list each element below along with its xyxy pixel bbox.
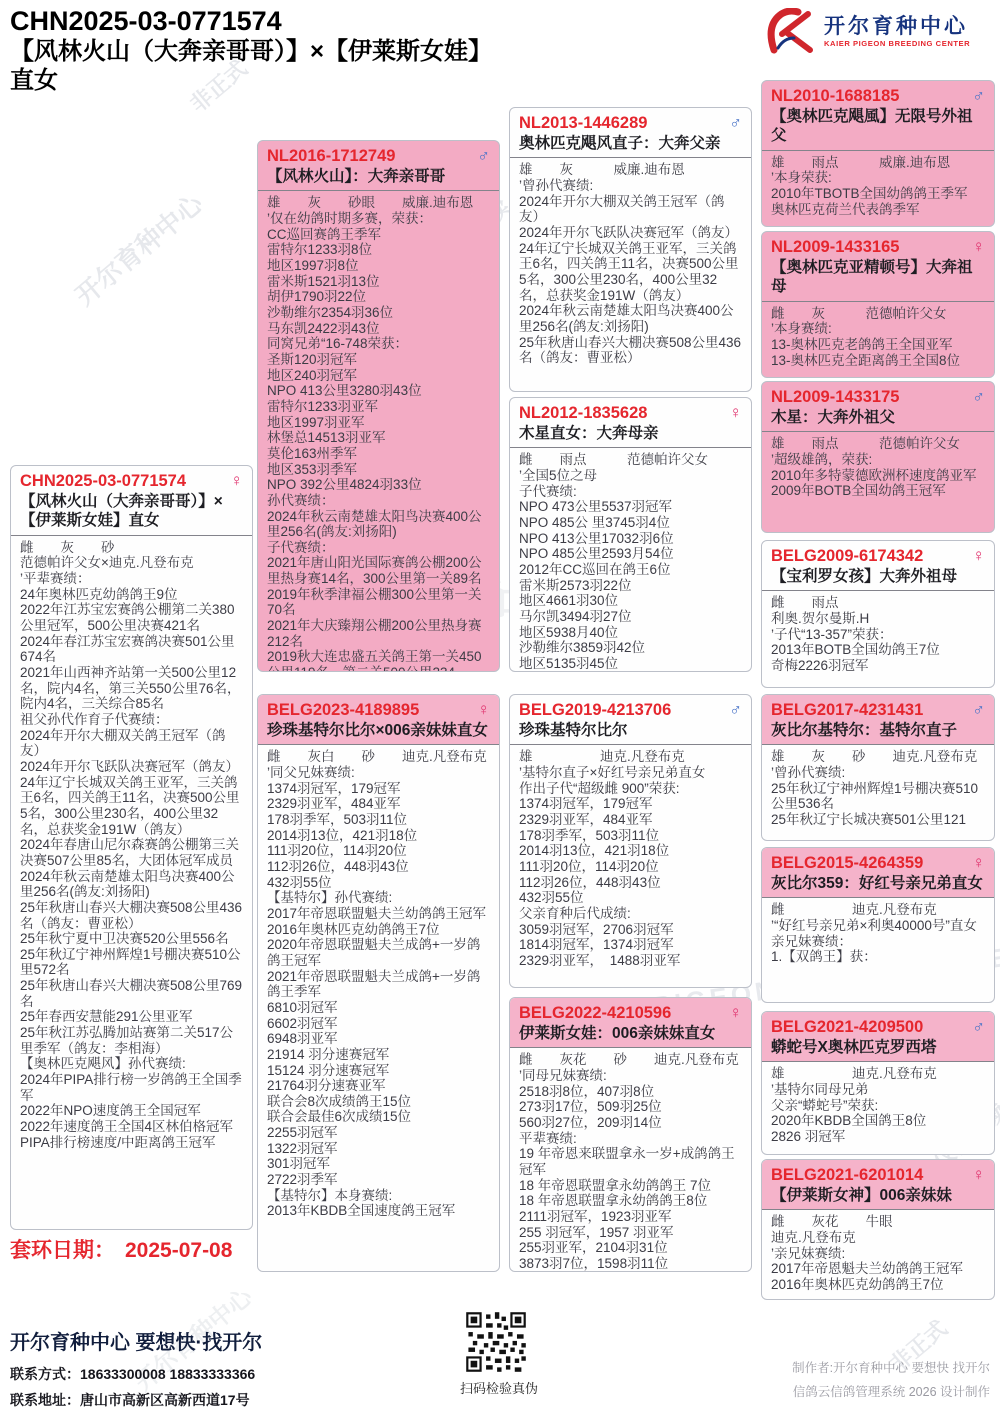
female-icon: ♀ bbox=[729, 1003, 742, 1023]
pedigree-line: 6602羽冠军 bbox=[267, 1016, 490, 1032]
pedigree-line: ’基特尔直子×好红号亲兄弟直女 bbox=[519, 765, 742, 781]
pedigree-body: 雌 灰 砂范德帕许父女×迪克.凡登布克’平辈赛绩：24年奥林匹克幼鸽鸽王9位20… bbox=[11, 535, 252, 1157]
pedigree-line: 子代赛绩： bbox=[267, 540, 490, 556]
pedigree-body: 雌 雨点利奥.贺尔曼斯.H’子代“13-357”荣获：2013年BOTB全国幼鸽… bbox=[762, 590, 994, 679]
pedigree-title: 【风林火山】：大奔亲哥哥 bbox=[267, 167, 490, 186]
pedigree-title: 奥林匹克飓风直子：大奔父亲 bbox=[519, 134, 742, 153]
pedigree-line: 利奥.贺尔曼斯.H bbox=[771, 611, 985, 627]
pedigree-box-belg2019: BELG2019-4213706 ♂ 珍珠基特尔比尔 雄 迪克.凡登布克’基特尔… bbox=[509, 694, 752, 988]
pedigree-box-belg2023: BELG2023-4189895 ♀ 珍珠基特尔比尔×006亲妹妹直女 雌 灰白… bbox=[257, 694, 500, 1272]
pedigree-line: 2024年开尔大棚双关鸽王冠军（鸽友） bbox=[20, 728, 243, 759]
pedigree-line: 林堡总14513羽亚军 bbox=[267, 430, 490, 446]
pedigree-line: 2009年BOTB全国幼鸽王冠军 bbox=[771, 483, 985, 499]
pedigree-box-header: CHN2025-03-0771574 ♀ 【风林火山（大奔亲哥哥）】×【伊莱斯女… bbox=[11, 466, 252, 535]
pedigree-line: 【基特尔】孙代赛绩: bbox=[267, 890, 490, 906]
ring-number: BELG2021-4209500 bbox=[771, 1018, 923, 1037]
pedigree-title: 【宝利罗女孩】大奔外祖母 bbox=[771, 567, 985, 586]
pedigree-line: 2024年开尔飞跃队决赛冠军（鸽友） bbox=[20, 759, 243, 775]
ring-number: NL2009-1433165 bbox=[771, 238, 899, 257]
pedigree-line: 雄 迪克.凡登布克 bbox=[519, 749, 742, 765]
ring-number: BELG2017-4231431 bbox=[771, 701, 923, 720]
pedigree-line: 24年辽宁长城双关鸽王亚军，三关鸽王6名，四关鸽王11名，决赛500公里5名，3… bbox=[519, 241, 742, 304]
pedigree-line: 25年秋唐山春兴大棚决赛508公里769名 bbox=[20, 978, 243, 1009]
footer-contact: 联系方式：18633300008 18833333366 bbox=[10, 1364, 255, 1384]
pedigree-line: 2024年秋云南楚雄太阳鸟决赛400公里256名(鸽友:刘扬阳) bbox=[519, 303, 742, 334]
pedigree-body: 雌 灰 范德帕许父女’本身赛绩:13-奥林匹克老鸽鸽王全国亚军13-奥林匹克全距… bbox=[762, 301, 994, 375]
pedigree-line: 255 羽冠军，1957 羽亚军 bbox=[519, 1225, 742, 1241]
footer-slogan: 开尔育种中心 要想快·找开尔 bbox=[10, 1326, 262, 1355]
pedigree-line: 2024年春江苏宝宏赛鸽决赛501公里674名 bbox=[20, 634, 243, 665]
pedigree-line: 25年秋辽宁长城决赛501公里121 bbox=[771, 812, 985, 828]
pedigree-line: NPO 473公里5537羽冠军 bbox=[519, 499, 742, 515]
ring-date: 套环日期：2025-07-08 bbox=[10, 1234, 232, 1264]
pedigree-line: 25年秋辽宁神州辉煌1号棚决赛510公里572名 bbox=[20, 947, 243, 978]
pedigree-line: 2518羽8位，407羽8位 bbox=[519, 1084, 742, 1100]
pedigree-line: NPO 485公 里3745羽4位 bbox=[519, 515, 742, 531]
pedigree-title: 【奥林匹克飓風】无限号外祖父 bbox=[771, 107, 985, 146]
pedigree-line: 560羽27位，209羽14位 bbox=[519, 1115, 742, 1131]
pedigree-box-header: BELG2017-4231431 ♂ 灰比尔基特尔：基特尔直子 bbox=[762, 695, 994, 744]
female-icon: ♀ bbox=[972, 237, 985, 257]
pedigree-line: 2021年大庆臻翔公棚200公里热身赛212名 bbox=[267, 618, 490, 649]
pedigree-line: 112羽26位，448羽43位 bbox=[267, 859, 490, 875]
pedigree-line: 父亲育种后代成绩: bbox=[519, 906, 742, 922]
male-icon: ♂ bbox=[972, 86, 985, 106]
pedigree-line: 雄 灰 砂 迪克.凡登布克 bbox=[771, 749, 985, 765]
pedigree-line: 联合会8次成绩鸽王15位 bbox=[267, 1094, 490, 1110]
pedigree-line: PIPA排行榜速度/中距离鸽王冠军 bbox=[20, 1135, 243, 1151]
pedigree-line: 1322羽冠军 bbox=[267, 1141, 490, 1157]
pedigree-body: 雄 灰 威廉.迪布恩’曾孙代赛绩:2024年开尔大棚双关鸽王冠军（鸽友）2024… bbox=[510, 157, 751, 372]
pedigree-line: ’曾孙代赛绩: bbox=[519, 178, 742, 194]
pedigree-line: 2021年帝恩联盟魁夫兰成鸽+一岁鸽鸽王季军 bbox=[267, 969, 490, 1000]
pedigree-line: 111羽20位，114羽20位 bbox=[519, 859, 742, 875]
pedigree-line: 父亲“蟒蛇号”荣获: bbox=[771, 1098, 985, 1114]
pedigree-line: 13-奥林匹克老鸽鸽王全国亚军 bbox=[771, 337, 985, 353]
female-icon: ♀ bbox=[477, 700, 490, 720]
brand-name-cn: 开尔育种中心 bbox=[824, 14, 970, 39]
pedigree-line: 2024年开尔飞跃队决赛冠军（鸽友） bbox=[519, 225, 742, 241]
pedigree-box-belg2015: BELG2015-4264359 ♀ 灰比尔359：好红号亲兄弟直女 雌 迪克.… bbox=[761, 847, 995, 1003]
pedigree-line: 1374羽冠军，179冠军 bbox=[519, 796, 742, 812]
ring-number: NL2010-1688185 bbox=[771, 87, 899, 106]
pedigree-line: 24年辽宁长城双关鸽王亚军，三关鸽王6名，四关鸽王11名，决赛500公里5名，3… bbox=[20, 775, 243, 838]
pedigree-body: 雄 灰 砂 迪克.凡登布克’曾孙代赛绩:25年秋辽宁神州辉煌1号棚决赛510公里… bbox=[762, 744, 994, 833]
pedigree-line: 地区5938月40位 bbox=[519, 625, 742, 641]
pedigree-line: 2019秋大连忠盛五关鸽王第一关450公里119名，第二关500公里234 bbox=[267, 649, 490, 672]
male-icon: ♂ bbox=[729, 700, 742, 720]
pedigree-line: 地区5135羽45位 bbox=[519, 656, 742, 672]
pedigree-line: 178羽季军，503羽11位 bbox=[519, 828, 742, 844]
ring-number: NL2016-1712749 bbox=[267, 147, 395, 166]
pedigree-line: 雌 灰白 砂 迪克.凡登布克 bbox=[267, 749, 490, 765]
pedigree-line: NPO 485公里2593月54位 bbox=[519, 546, 742, 562]
pedigree-line: ’仅在幼鸽时期多赛，荣获： bbox=[267, 211, 490, 227]
pedigree-line: 2021年唐山阳光国际赛鸽公棚200公里热身赛14名，300公里第一关89名 bbox=[267, 555, 490, 586]
pedigree-body: 雄 雨点 威廉.迪布恩’本身荣获:2010年TBOTB全国幼鸽鸽王季军奥林匹克荷… bbox=[762, 150, 994, 224]
pedigree-line: 21764羽分速赛亚军 bbox=[267, 1078, 490, 1094]
pedigree-line: 3873羽7位，1598羽11位 bbox=[519, 1256, 742, 1272]
qr-code-block: 扫码检验真伪 bbox=[460, 1310, 532, 1397]
pedigree-line: 3059羽冠军，2706羽冠军 bbox=[519, 922, 742, 938]
pedigree-line: 2010年多特蒙德欧洲杯速度鸽亚军 bbox=[771, 468, 985, 484]
pedigree-line: 25年秋江苏弘腾加站赛第二关517公里季军（鸽友：李相海） bbox=[20, 1025, 243, 1056]
pedigree-line: 432羽55位 bbox=[519, 890, 742, 906]
pedigree-box-header: BELG2009-6174342 ♀ 【宝利罗女孩】大奔外祖母 bbox=[762, 541, 994, 590]
pedigree-line: 雄 灰 砂眼 威廉.迪布恩 bbox=[267, 195, 490, 211]
page-title: 【风林火山（大奔亲哥哥）】×【伊莱斯女娃】直女 bbox=[10, 37, 510, 96]
pedigree-line: 孙代赛绩： bbox=[267, 493, 490, 509]
pedigree-line: 2020年帝恩联盟魁夫兰成鸽+一岁鸽鸽王冠军 bbox=[267, 937, 490, 968]
footer-address: 联系地址：唐山市高新区高新西道17号 bbox=[10, 1390, 250, 1410]
watermark-text: 开尔育种中心 bbox=[66, 184, 209, 313]
pedigree-line: 马尔凯3494羽27位 bbox=[519, 609, 742, 625]
pedigree-line: 范德帕许父女×迪克.凡登布克 bbox=[20, 555, 243, 571]
pedigree-box-header: BELG2015-4264359 ♀ 灰比尔359：好红号亲兄弟直女 bbox=[762, 848, 994, 897]
pedigree-line: 255羽亚军，2104羽31位 bbox=[519, 1240, 742, 1256]
pedigree-line: ’全国5位之母 bbox=[519, 468, 742, 484]
pedigree-line: 24年奥林匹克幼鸽鸽王9位 bbox=[20, 587, 243, 603]
pedigree-title: 【伊莱斯女神】006亲妹妹 bbox=[771, 1186, 985, 1205]
pedigree-line: 2022年NPO速度鸽王全国冠军 bbox=[20, 1103, 243, 1119]
pedigree-line: 13-奥林匹克全距离鸽王全国8位 bbox=[771, 353, 985, 369]
pedigree-line: 18 年帝恩联盟拿永幼鸽鸽王8位 bbox=[519, 1193, 742, 1209]
pedigree-line: 雌 灰 范德帕许父女 bbox=[771, 306, 985, 322]
pedigree-line: 雌 迪克.凡登布克 bbox=[771, 902, 985, 918]
pedigree-line: 2014羽13位，421羽18位 bbox=[519, 843, 742, 859]
qr-caption: 扫码检验真伪 bbox=[460, 1378, 532, 1397]
pedigree-line: 雌 灰花 牛眼 bbox=[771, 1214, 985, 1230]
pedigree-line: NPO 392公里4824羽33位 bbox=[267, 477, 490, 493]
pedigree-box-nl2016: NL2016-1712749 ♂ 【风林火山】：大奔亲哥哥 雄 灰 砂眼 威廉.… bbox=[257, 140, 500, 672]
pedigree-line: 6810羽冠军 bbox=[267, 1000, 490, 1016]
ring-date-label: 套环日期： bbox=[10, 1239, 115, 1262]
pedigree-box-main: CHN2025-03-0771574 ♀ 【风林火山（大奔亲哥哥）】×【伊莱斯女… bbox=[10, 465, 253, 1230]
pedigree-box-belg2017: BELG2017-4231431 ♂ 灰比尔基特尔：基特尔直子 雄 灰 砂 迪克… bbox=[761, 694, 995, 841]
pedigree-line: 祖父孙代作育子代赛绩： bbox=[20, 712, 243, 728]
pedigree-line: 2024年秋云南楚雄太阳鸟决赛400公里256名(鸽友:刘扬阳) bbox=[20, 869, 243, 900]
pedigree-body: 雌 雨点 范德帕许父女’全国5位之母子代赛绩:NPO 473公里5537羽冠军N… bbox=[510, 447, 751, 672]
pedigree-line: 2111羽冠军，1923羽亚军 bbox=[519, 1209, 742, 1225]
pedigree-line: 25年秋唐山春兴大棚决赛508公里436名（鸽友：曹亚松） bbox=[519, 335, 742, 366]
pedigree-line: 112羽26位，448羽43位 bbox=[519, 875, 742, 891]
pedigree-box-belg2021b: BELG2021-6201014 ♀ 【伊莱斯女神】006亲妹妹 雌 灰花 牛眼… bbox=[761, 1159, 995, 1300]
pedigree-body: 雄 迪克.凡登布克’基特尔同母兄弟父亲“蟒蛇号”荣获:2020年KBDB全国鸽王… bbox=[762, 1061, 994, 1150]
pedigree-line: 平辈赛绩: bbox=[519, 1131, 742, 1147]
pedigree-box-belg2009: BELG2009-6174342 ♀ 【宝利罗女孩】大奔外祖母 雌 雨点利奥.贺… bbox=[761, 540, 995, 688]
pedigree-title: 【奥林匹克亚精顿号】大奔祖母 bbox=[771, 258, 985, 297]
pedigree-line: 2019年秋季津福公棚300公里第一关70名 bbox=[267, 587, 490, 618]
pedigree-line: 联合会最佳6次成绩15位 bbox=[267, 1109, 490, 1125]
pedigree-box-header: BELG2019-4213706 ♂ 珍珠基特尔比尔 bbox=[510, 695, 751, 744]
pedigree-line: 沙勒维尔3859羽42位 bbox=[519, 640, 742, 656]
pedigree-line: 地区240羽冠军 bbox=[267, 368, 490, 384]
pedigree-line: 雄 雨点 威廉.迪布恩 bbox=[771, 155, 985, 171]
pedigree-line: CC巡回赛鸽王季军 bbox=[267, 227, 490, 243]
pedigree-line: ’同母兄妹赛绩: bbox=[519, 1068, 742, 1084]
pedigree-box-header: BELG2023-4189895 ♀ 珍珠基特尔比尔×006亲妹妹直女 bbox=[258, 695, 499, 744]
female-icon: ♀ bbox=[972, 546, 985, 566]
pedigree-line: 【奥林匹克飓风】孙代赛绩: bbox=[20, 1056, 243, 1072]
pedigree-line: ’基特尔同母兄弟 bbox=[771, 1082, 985, 1098]
pedigree-line: 2022年江苏宝宏赛鸽公棚第二关380公里冠军，500公里决赛421名 bbox=[20, 602, 243, 633]
pedigree-line: 地区1997羽亚军 bbox=[267, 415, 490, 431]
pedigree-line: 2012年CC巡回在鸽王6位 bbox=[519, 562, 742, 578]
pedigree-box-header: BELG2022-4210596 ♀ 伊莱斯女娃：006亲妹妹直女 bbox=[510, 998, 751, 1047]
pedigree-line: 25年春西安慧能291公里亚军 bbox=[20, 1009, 243, 1025]
pedigree-line: 2722羽季军 bbox=[267, 1172, 490, 1188]
pedigree-title: 珍珠基特尔比尔×006亲妹妹直女 bbox=[267, 721, 490, 740]
ring-date-value: 2025-07-08 bbox=[125, 1239, 232, 1262]
pedigree-line: 6948羽亚军 bbox=[267, 1031, 490, 1047]
main-ring-number: CHN2025-03-0771574 bbox=[10, 6, 510, 37]
pedigree-line: 2013年BOTB全国幼鸽王7位 bbox=[771, 642, 985, 658]
pedigree-line: 15124 羽分速赛冠军 bbox=[267, 1063, 490, 1079]
pedigree-box-belg2022: BELG2022-4210596 ♀ 伊莱斯女娃：006亲妹妹直女 雌 灰花 砂… bbox=[509, 997, 752, 1272]
pedigree-line: 雷米斯2573羽22位 bbox=[519, 578, 742, 594]
pedigree-line: 胡伊1790羽22位 bbox=[267, 289, 490, 305]
pedigree-line: 273羽17位，509羽25位 bbox=[519, 1099, 742, 1115]
pedigree-line: ’同父兄妹赛绩: bbox=[267, 765, 490, 781]
pedigree-box-header: BELG2021-6201014 ♀ 【伊莱斯女神】006亲妹妹 bbox=[762, 1160, 994, 1209]
pedigree-line: 2329羽亚军，484亚军 bbox=[267, 796, 490, 812]
pedigree-box-header: BELG2021-4209500 ♂ 蟒蛇号X奥林匹克罗西塔 bbox=[762, 1012, 994, 1061]
pedigree-title: 灰比尔359：好红号亲兄弟直女 bbox=[771, 874, 985, 893]
pedigree-line: 25年秋宁夏中卫决赛520公里556名 bbox=[20, 931, 243, 947]
pedigree-line: 地区4661羽30位 bbox=[519, 593, 742, 609]
qr-code bbox=[464, 1310, 528, 1374]
pedigree-body: 雌 灰白 砂 迪克.凡登布克’同父兄妹赛绩:1374羽冠军，179冠军2329羽… bbox=[258, 744, 499, 1225]
ring-number: BELG2021-6201014 bbox=[771, 1166, 923, 1185]
brand-name-en: KAIER PIGEON BREEDING CENTER bbox=[824, 39, 970, 48]
pedigree-title: 伊莱斯女娃：006亲妹妹直女 bbox=[519, 1024, 742, 1043]
female-icon: ♀ bbox=[972, 1165, 985, 1185]
footer-maker-line1: 制作者:开尔育种中心 要想快 找开尔 bbox=[792, 1358, 990, 1376]
pedigree-line: 1.【双鸽王】获： bbox=[771, 949, 985, 965]
pedigree-line: 111羽20位，114羽20位 bbox=[267, 843, 490, 859]
pedigree-line: 21914 羽分速赛冠军 bbox=[267, 1047, 490, 1063]
pedigree-box-header: NL2009-1433175 ♂ 木星：大奔外祖父 bbox=[762, 382, 994, 431]
pedigree-line: 地区1997羽8位 bbox=[267, 258, 490, 274]
pedigree-line: 同窝兄弟“16-748荣获： bbox=[267, 336, 490, 352]
pedigree-line: ’“好红号亲兄弟×利奥40000号”直女 bbox=[771, 918, 985, 934]
pedigree-line: 作出子代“超级雌 900”荣获: bbox=[519, 781, 742, 797]
pedigree-line: NPO 413公里17032羽6位 bbox=[519, 531, 742, 547]
pedigree-line: 【基特尔】本身赛绩: bbox=[267, 1188, 490, 1204]
male-icon: ♂ bbox=[972, 387, 985, 407]
pedigree-line: 2329羽亚军，484亚军 bbox=[519, 812, 742, 828]
ring-number: NL2009-1433175 bbox=[771, 388, 899, 407]
pedigree-line: ’本身荣获: bbox=[771, 170, 985, 186]
pedigree-body: 雌 迪克.凡登布克’“好红号亲兄弟×利奥40000号”直女亲兄妹赛绩：1.【双鸽… bbox=[762, 897, 994, 971]
pedigree-line: 亲兄妹赛绩： bbox=[771, 934, 985, 950]
pedigree-line: 雌 灰 砂 bbox=[20, 540, 243, 556]
pedigree-box-nl2009b: NL2009-1433175 ♂ 木星：大奔外祖父 雄 雨点 范德帕许父女’超级… bbox=[761, 381, 995, 533]
ring-number: BELG2023-4189895 bbox=[267, 701, 419, 720]
pedigree-line: 雌 灰花 砂 迪克.凡登布克 bbox=[519, 1052, 742, 1068]
pedigree-line: 雷特尔1233羽8位 bbox=[267, 242, 490, 258]
pedigree-line: 2024年开尔大棚双关鸽王冠军（鸽友） bbox=[519, 194, 742, 225]
pedigree-line: 2014羽13位，421羽18位 bbox=[267, 828, 490, 844]
ring-number: BELG2022-4210596 bbox=[519, 1004, 671, 1023]
pedigree-line: 2022年速度鸽王全国4区林伯格冠军 bbox=[20, 1119, 243, 1135]
male-icon: ♂ bbox=[972, 1017, 985, 1037]
pedigree-line: 雄 雨点 范德帕许父女 bbox=[771, 436, 985, 452]
pedigree-title: 【风林火山（大奔亲哥哥）】×【伊莱斯女娃】直女 bbox=[20, 492, 243, 531]
pedigree-title: 蟒蛇号X奥林匹克罗西塔 bbox=[771, 1038, 985, 1057]
pedigree-line: 25年秋辽宁神州辉煌1号棚决赛510公里536名 bbox=[771, 781, 985, 812]
pedigree-line: ’本身赛绩: bbox=[771, 321, 985, 337]
pedigree-title: 灰比尔基特尔：基特尔直子 bbox=[771, 721, 985, 740]
pedigree-line: 2024年春唐山尼尔森赛鸽公棚第三关决赛507公里85名，大团体冠军成员 bbox=[20, 837, 243, 868]
ring-number: BELG2009-6174342 bbox=[771, 547, 923, 566]
pedigree-box-header: NL2010-1688185 ♂ 【奥林匹克飓風】无限号外祖父 bbox=[762, 81, 994, 150]
pedigree-body: 雌 灰花 砂 迪克.凡登布克’同母兄妹赛绩:2518羽8位，407羽8位273羽… bbox=[510, 1047, 751, 1272]
male-icon: ♂ bbox=[972, 700, 985, 720]
footer-maker-line2: 信鸽云信鸽管理系统 2026 设计制作 bbox=[793, 1382, 990, 1400]
pedigree-line: 25年秋唐山春兴大棚决赛508公里436名（鸽友：曹亚松） bbox=[20, 900, 243, 931]
pedigree-line: 2826 羽冠军 bbox=[771, 1129, 985, 1145]
pedigree-line: 圣斯120羽冠军 bbox=[267, 352, 490, 368]
female-icon: ♀ bbox=[972, 853, 985, 873]
pedigree-line: 2010年TBOTB全国幼鸽鸽王季军 bbox=[771, 186, 985, 202]
pedigree-box-header: NL2009-1433165 ♀ 【奥林匹克亚精顿号】大奔祖母 bbox=[762, 232, 994, 301]
pedigree-line: 432羽55位 bbox=[267, 875, 490, 891]
brand-logo: 开尔育种中心 KAIER PIGEON BREEDING CENTER bbox=[764, 8, 970, 54]
pedigree-line: 1814羽冠军，1374羽冠军 bbox=[519, 937, 742, 953]
pedigree-line: ’亲兄妹赛绩: bbox=[771, 1246, 985, 1262]
pedigree-box-header: NL2013-1446289 ♂ 奥林匹克飓风直子：大奔父亲 bbox=[510, 108, 751, 157]
pedigree-line: 19 年帝恩来联盟拿永一岁+成鸽鸽王冠军 bbox=[519, 1146, 742, 1177]
pedigree-line: 2017年帝恩联盟魁夫兰幼鸽鸽王冠军 bbox=[267, 906, 490, 922]
pedigree-box-nl2010: NL2010-1688185 ♂ 【奥林匹克飓風】无限号外祖父 雄 雨点 威廉.… bbox=[761, 80, 995, 227]
pedigree-line: 2016年奥林匹克幼鸽鸽王7位 bbox=[771, 1277, 985, 1293]
pedigree-line: 301羽冠军 bbox=[267, 1156, 490, 1172]
pedigree-line: 18 年帝恩联盟拿永幼鸽鸽王 7位 bbox=[519, 1178, 742, 1194]
kaier-logo-icon bbox=[764, 8, 816, 54]
pedigree-box-nl2012: NL2012-1835628 ♀ 木星直女：大奔母亲 雌 雨点 范德帕许父女’全… bbox=[509, 397, 752, 672]
pedigree-title: 珍珠基特尔比尔 bbox=[519, 721, 742, 740]
pedigree-line: NPO 413公里3280羽43位 bbox=[267, 383, 490, 399]
pedigree-line: 子代赛绩: bbox=[519, 484, 742, 500]
pedigree-line: 雷特尔1233羽亚军 bbox=[267, 399, 490, 415]
pedigree-line: 雌 雨点 范德帕许父女 bbox=[519, 452, 742, 468]
female-icon: ♀ bbox=[230, 471, 243, 491]
pedigree-line: 奥林匹克荷兰代表鸽季军 bbox=[771, 202, 985, 218]
pedigree-line: ’超级雄鸽，荣获: bbox=[771, 452, 985, 468]
pedigree-line: 奇梅2226羽冠军 bbox=[771, 658, 985, 674]
pedigree-line: 2016年奥林匹克幼鸽鸽王7位 bbox=[267, 922, 490, 938]
ring-number: NL2012-1835628 bbox=[519, 404, 647, 423]
male-icon: ♂ bbox=[477, 146, 490, 166]
page-header: CHN2025-03-0771574 【风林火山（大奔亲哥哥）】×【伊莱斯女娃】… bbox=[10, 6, 510, 96]
pedigree-box-header: NL2012-1835628 ♀ 木星直女：大奔母亲 bbox=[510, 398, 751, 447]
pedigree-line: 1374羽冠军，179冠军 bbox=[267, 781, 490, 797]
male-icon: ♂ bbox=[729, 113, 742, 133]
pedigree-line: 2255羽冠军 bbox=[267, 1125, 490, 1141]
pedigree-line: 2013年KBDB全国速度鸽王冠军 bbox=[267, 1203, 490, 1219]
pedigree-line: 雄 灰 威廉.迪布恩 bbox=[519, 162, 742, 178]
ring-number: CHN2025-03-0771574 bbox=[20, 472, 186, 491]
pedigree-box-header: NL2016-1712749 ♂ 【风林火山】：大奔亲哥哥 bbox=[258, 141, 499, 190]
pedigree-line: 178羽季军，503羽11位 bbox=[267, 812, 490, 828]
ring-number: NL2013-1446289 bbox=[519, 114, 647, 133]
pedigree-body: 雄 雨点 范德帕许父女’超级雄鸽，荣获:2010年多特蒙德欧洲杯速度鸽亚军200… bbox=[762, 431, 994, 505]
pedigree-box-belg2021a: BELG2021-4209500 ♂ 蟒蛇号X奥林匹克罗西塔 雄 迪克.凡登布克… bbox=[761, 1011, 995, 1155]
pedigree-line: 雌 雨点 bbox=[771, 595, 985, 611]
pedigree-box-nl2009a: NL2009-1433165 ♀ 【奥林匹克亚精顿号】大奔祖母 雌 灰 范德帕许… bbox=[761, 231, 995, 378]
pedigree-line: 雄 迪克.凡登布克 bbox=[771, 1066, 985, 1082]
pedigree-body: 雄 灰 砂眼 威廉.迪布恩’仅在幼鸽时期多赛，荣获：CC巡回赛鸽王季军雷特尔12… bbox=[258, 190, 499, 672]
pedigree-line: 迪克.凡登布克 bbox=[771, 1230, 985, 1246]
ring-number: BELG2019-4213706 bbox=[519, 701, 671, 720]
pedigree-line: ’平辈赛绩： bbox=[20, 571, 243, 587]
pedigree-line: 地区353羽季军 bbox=[267, 462, 490, 478]
pedigree-title: 木星直女：大奔母亲 bbox=[519, 424, 742, 443]
pedigree-line: ’子代“13-357”荣获： bbox=[771, 627, 985, 643]
pedigree-line: 雷米斯1521羽13位 bbox=[267, 274, 490, 290]
pedigree-line: 莫伦163州季军 bbox=[267, 446, 490, 462]
pedigree-body: 雄 迪克.凡登布克’基特尔直子×好红号亲兄弟直女作出子代“超级雌 900”荣获:… bbox=[510, 744, 751, 974]
pedigree-line: ’曾孙代赛绩: bbox=[771, 765, 985, 781]
female-icon: ♀ bbox=[729, 403, 742, 423]
pedigree-line: 2021年山西神齐站第一关500公里12名，院内4名，第三关550公里76名，院… bbox=[20, 665, 243, 712]
pedigree-line: 2329羽亚军， 1488羽亚军 bbox=[519, 953, 742, 969]
pedigree-body: 雌 灰花 牛眼迪克.凡登布克’亲兄妹赛绩:2017年帝恩魁夫兰幼鸽鸽王冠军201… bbox=[762, 1209, 994, 1298]
pedigree-line: 沙勒维尔2354羽36位 bbox=[267, 305, 490, 321]
pedigree-line: 马东凯2422羽43位 bbox=[267, 321, 490, 337]
pedigree-line: 2020年KBDB全国鸽王8位 bbox=[771, 1113, 985, 1129]
ring-number: BELG2015-4264359 bbox=[771, 854, 923, 873]
pedigree-title: 木星：大奔外祖父 bbox=[771, 408, 985, 427]
pedigree-line: 2024年PIPA排行榜一岁鸽鸽王全国季军 bbox=[20, 1072, 243, 1103]
pedigree-box-nl2013: NL2013-1446289 ♂ 奥林匹克飓风直子：大奔父亲 雄 灰 威廉.迪布… bbox=[509, 107, 752, 392]
pedigree-line: 2024年秋云南楚雄太阳鸟决赛400公里256名(鸽友:刘扬阳) bbox=[267, 509, 490, 540]
pedigree-line: 2017年帝恩魁夫兰幼鸽鸽王冠军 bbox=[771, 1261, 985, 1277]
